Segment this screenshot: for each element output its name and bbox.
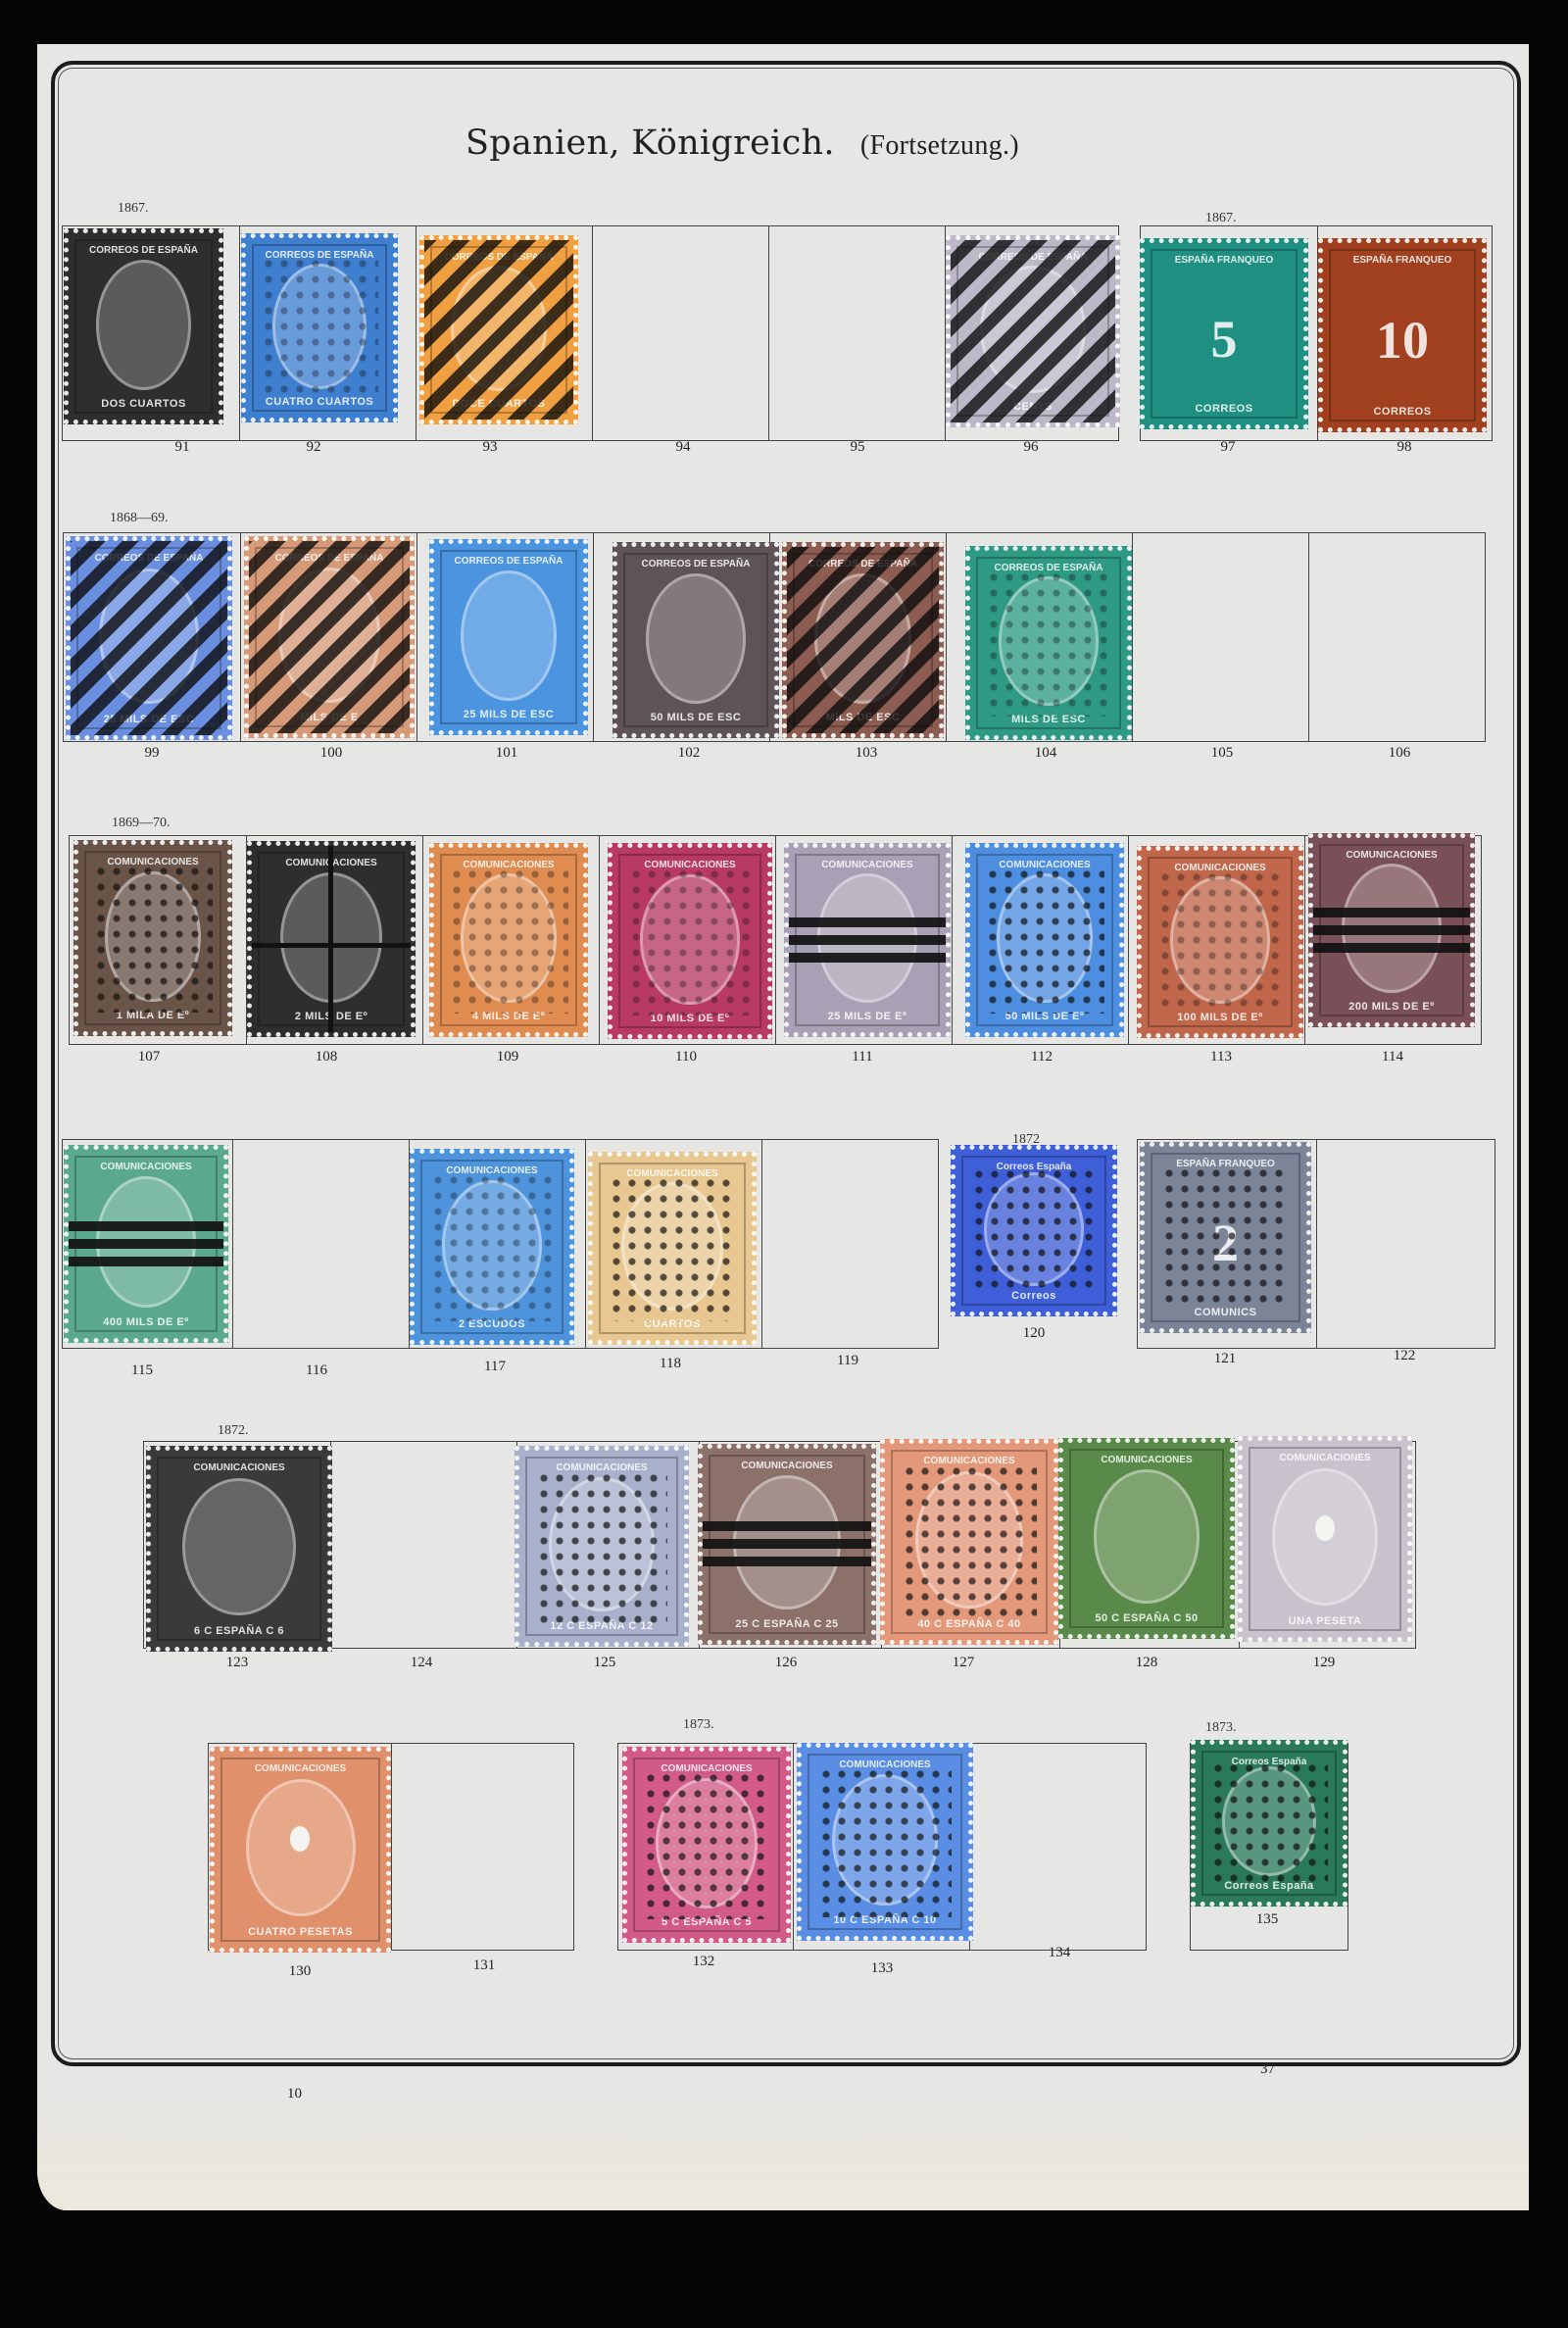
catalog-number: 128 xyxy=(1117,1655,1176,1671)
postage-stamp[interactable]: CORREOS DE ESPAÑADOS CUARTOS xyxy=(64,228,223,424)
dot-cancel-icon xyxy=(902,1463,1037,1620)
catalog-number: 119 xyxy=(818,1353,877,1369)
catalog-number: 132 xyxy=(674,1954,733,1970)
stamp-slot[interactable] xyxy=(232,1140,410,1348)
dot-cancel-icon xyxy=(643,1770,770,1919)
catalog-number: 110 xyxy=(657,1049,715,1065)
catalog-number: 101 xyxy=(477,745,536,762)
catalog-number: 98 xyxy=(1375,439,1434,456)
catalog-number: 104 xyxy=(1016,745,1075,762)
stamp-slot[interactable] xyxy=(969,1744,1147,1950)
postage-stamp[interactable]: CORREOS DE ESPAÑA50 MILS DE ESC xyxy=(612,542,779,738)
catalog-number: 129 xyxy=(1295,1655,1353,1671)
stamp-inscription: CORREOS DE ESPAÑA xyxy=(434,556,583,567)
light-cancel-icon xyxy=(986,570,1111,717)
portrait-oval-icon xyxy=(96,260,192,390)
postage-stamp[interactable]: CORREOS DE ESPAÑADOCE CUARTOS xyxy=(419,235,578,424)
stamp-value-numeral: 10 xyxy=(1323,310,1482,371)
postage-stamp[interactable]: COMUNICACIONES25 MILS DE Eº xyxy=(784,843,951,1037)
postage-stamp[interactable]: COMUNICACIONESCUATRO PESETAS xyxy=(210,1747,391,1953)
catalog-number: 130 xyxy=(270,1963,329,1980)
postage-stamp[interactable]: CORREOS DE ESPAÑACENTS xyxy=(946,235,1120,427)
page-number-right: 37 xyxy=(1260,2061,1275,2078)
punch-hole-icon xyxy=(290,1826,310,1852)
postage-stamp[interactable]: COMUNICACIONES12 C ESPAÑA C 12 xyxy=(514,1446,689,1647)
page-number-left: 10 xyxy=(287,2086,302,2103)
portrait-oval-icon xyxy=(1094,1469,1200,1604)
postage-stamp[interactable]: Correos EspañaCorreos España xyxy=(1191,1740,1347,1907)
postage-stamp[interactable]: CORREOS DE ESPAÑACUATRO CUARTOS xyxy=(241,233,398,422)
postage-stamp[interactable]: CORREOS DE ESPAÑAMILS DE E xyxy=(244,536,415,738)
stamp-slot[interactable] xyxy=(592,226,766,440)
catalog-number: 112 xyxy=(1012,1049,1071,1065)
postage-stamp[interactable]: COMUNICACIONES10 MILS DE Eº xyxy=(608,843,772,1039)
catalog-number: 109 xyxy=(478,1049,537,1065)
catalog-number: 113 xyxy=(1192,1049,1250,1065)
issue-year-label: 1867. xyxy=(118,201,149,217)
catalog-number: 124 xyxy=(392,1655,451,1671)
stamp-inscription: COMUNICACIONES xyxy=(789,860,946,870)
postage-stamp[interactable]: CORREOS DE ESPAÑA25 MILS DE ESC xyxy=(429,539,588,735)
stamp-denomination: 25 MILS DE ESC xyxy=(434,709,583,720)
catalog-number: 114 xyxy=(1363,1049,1422,1065)
light-cancel-icon xyxy=(430,1172,554,1321)
stamp-denomination: 25 C ESPAÑA C 25 xyxy=(703,1618,871,1630)
catalog-number: 91 xyxy=(153,439,212,456)
catalog-number: 122 xyxy=(1375,1348,1434,1364)
stamp-inscription: ESPAÑA FRANQUEO xyxy=(1145,255,1303,266)
catalog-number: 94 xyxy=(654,439,712,456)
catalog-number: 115 xyxy=(113,1362,171,1379)
stamp-slot[interactable] xyxy=(761,1140,939,1348)
catalog-number: 127 xyxy=(934,1655,993,1671)
title-main: Spanien, Königreich. xyxy=(465,124,835,163)
dot-cancel-icon xyxy=(818,1766,952,1917)
catalog-number: 96 xyxy=(1002,439,1060,456)
postage-stamp[interactable]: CORREOS DE ESPAÑAMILS DE ESC xyxy=(782,542,944,738)
punch-hole-icon xyxy=(1315,1515,1335,1541)
catalog-number: 125 xyxy=(575,1655,634,1671)
postage-stamp[interactable]: COMUNICACIONES1 MILA DE Eº xyxy=(73,840,232,1036)
issue-year-label: 1867. xyxy=(1205,211,1237,226)
stamp-inscription: COMUNICACIONES xyxy=(1313,850,1470,861)
bar-cancel-icon xyxy=(785,917,950,966)
dot-cancel-icon xyxy=(1161,1165,1291,1311)
stamp-slot[interactable] xyxy=(330,1442,517,1648)
postage-stamp[interactable]: COMUNICACIONESCUARTOS xyxy=(588,1152,757,1345)
stamp-slot[interactable] xyxy=(391,1744,574,1950)
postage-stamp[interactable]: Correos EspañaCorreos xyxy=(951,1145,1117,1316)
stamp-inscription: CORREOS DE ESPAÑA xyxy=(617,559,774,570)
catalog-number: 135 xyxy=(1238,1911,1297,1928)
catalog-number: 108 xyxy=(297,1049,356,1065)
postage-stamp[interactable]: COMUNICACIONES400 MILS DE Eº xyxy=(64,1145,228,1343)
stamp-denomination: CUATRO PESETAS xyxy=(215,1926,386,1938)
catalog-number: 93 xyxy=(461,439,519,456)
catalog-number: 107 xyxy=(120,1049,178,1065)
catalog-number: 100 xyxy=(302,745,361,762)
bar-cancel-icon xyxy=(1309,908,1474,956)
catalog-number: 118 xyxy=(641,1356,700,1372)
bar-cancel-icon xyxy=(699,1521,875,1571)
stamp-inscription: COMUNICACIONES xyxy=(215,1763,386,1774)
dot-cancel-icon xyxy=(985,867,1104,1014)
stamp-slot[interactable] xyxy=(768,226,943,440)
stamp-inscription: CORREOS DE ESPAÑA xyxy=(69,245,219,256)
catalog-number: 121 xyxy=(1196,1351,1254,1367)
catalog-number: 116 xyxy=(287,1362,346,1379)
stamp-denomination: DOS CUARTOS xyxy=(69,398,219,410)
portrait-oval-icon xyxy=(182,1478,295,1615)
catalog-number: 99 xyxy=(122,745,181,762)
dot-cancel-icon xyxy=(971,1166,1097,1296)
grid-cancel-icon xyxy=(424,240,573,420)
postage-stamp[interactable]: COMUNICACIONES6 C ESPAÑA C 6 xyxy=(146,1446,332,1652)
postage-stamp[interactable]: COMUNICACIONES40 C ESPAÑA C 40 xyxy=(880,1439,1058,1645)
postage-stamp[interactable]: COMUNICACIONES200 MILS DE Eº xyxy=(1308,833,1475,1027)
stamp-inscription: COMUNICACIONES xyxy=(69,1162,223,1172)
postage-stamp[interactable]: COMUNICACIONES4 MILS DE Eº xyxy=(429,843,588,1037)
catalog-number: 111 xyxy=(833,1049,892,1065)
catalog-number: 126 xyxy=(757,1655,815,1671)
stamp-inscription: COMUNICACIONES xyxy=(1243,1453,1407,1463)
light-cancel-icon xyxy=(449,867,568,1014)
postage-stamp[interactable]: COMUNICACIONES100 MILS DE Eº xyxy=(1137,846,1303,1038)
postage-stamp[interactable]: 2ESPAÑA FRANQUEOCOMUNICS xyxy=(1140,1142,1311,1333)
stamp-inscription: COMUNICACIONES xyxy=(1063,1455,1230,1465)
catalog-number: 103 xyxy=(837,745,896,762)
stamp-inscription: COMUNICACIONES xyxy=(151,1462,327,1473)
stamp-value-numeral: 5 xyxy=(1145,309,1303,370)
dot-cancel-icon xyxy=(93,864,213,1013)
stamp-denomination: CORREOS xyxy=(1323,406,1482,418)
portrait-oval-icon xyxy=(461,570,556,701)
title-continuation: (Fortsetzung.) xyxy=(860,130,1019,161)
dot-cancel-icon xyxy=(609,1175,736,1322)
catalog-number: 117 xyxy=(465,1359,524,1375)
catalog-number: 134 xyxy=(1030,1945,1089,1961)
stamp-denomination: 6 C ESPAÑA C 6 xyxy=(151,1625,327,1637)
stamp-inscription: COMUNICACIONES xyxy=(703,1461,871,1471)
catalog-number: 92 xyxy=(284,439,343,456)
page-title: Spanien, Königreich.(Fortsetzung.) xyxy=(465,124,1019,163)
stamp-denomination: 200 MILS DE Eº xyxy=(1313,1001,1470,1013)
stamp-slot[interactable] xyxy=(1316,1140,1495,1348)
issue-year-label: 1868—69. xyxy=(110,511,169,526)
dot-cancel-icon xyxy=(1210,1760,1328,1886)
stamp-inscription: ESPAÑA FRANQUEO xyxy=(1323,255,1482,266)
stamp-denomination: 50 MILS DE ESC xyxy=(617,712,774,723)
grid-cancel-icon xyxy=(249,541,410,733)
postage-stamp[interactable]: 10ESPAÑA FRANQUEOCORREOS xyxy=(1318,238,1487,432)
issue-year-label: 1873. xyxy=(683,1717,714,1733)
light-cancel-icon xyxy=(1157,869,1283,1015)
bar-cancel-icon xyxy=(65,1221,227,1270)
grid-cancel-icon xyxy=(787,547,939,733)
postage-stamp[interactable]: COMUNICACIONES2 MILS DE Eº xyxy=(247,841,416,1037)
catalog-number: 95 xyxy=(828,439,887,456)
catalog-number: 97 xyxy=(1199,439,1257,456)
postage-stamp[interactable]: 5ESPAÑA FRANQUEOCORREOS xyxy=(1140,238,1308,429)
light-cancel-icon xyxy=(261,256,378,399)
portrait-oval-icon xyxy=(646,573,746,704)
catalog-number: 123 xyxy=(208,1655,267,1671)
postage-stamp[interactable]: COMUNICACIONES2 ESCUDOS xyxy=(410,1149,574,1345)
pen-cross-cancel-icon xyxy=(252,846,411,1032)
postage-stamp[interactable]: COMUNICACIONES50 C ESPAÑA C 50 xyxy=(1058,1438,1235,1639)
catalog-number: 102 xyxy=(660,745,718,762)
postage-stamp[interactable]: COMUNICACIONES10 C ESPAÑA C 10 xyxy=(797,1743,973,1941)
postage-stamp[interactable]: COMUNICACIONES50 MILS DE Eº xyxy=(965,843,1124,1037)
grid-cancel-icon xyxy=(71,541,227,735)
light-cancel-icon xyxy=(628,867,752,1015)
postage-stamp[interactable]: COMUNICACIONESUNA PESETA xyxy=(1238,1436,1412,1642)
stamp-denomination: 400 MILS DE Eº xyxy=(69,1316,223,1328)
grid-cancel-icon xyxy=(951,240,1115,422)
issue-year-label: 1873. xyxy=(1205,1720,1237,1736)
issue-year-label: 1872. xyxy=(218,1423,249,1439)
stamp-denomination: 25 MILS DE Eº xyxy=(789,1011,946,1022)
catalog-number: 131 xyxy=(455,1957,514,1974)
postage-stamp[interactable]: CORREOS DE ESPAÑA25 MILS DE ESC xyxy=(66,536,232,740)
postage-stamp[interactable]: COMUNICACIONES5 C ESPAÑA C 5 xyxy=(622,1747,791,1943)
stamp-slot[interactable] xyxy=(1308,533,1486,741)
postage-stamp[interactable]: CORREOS DE ESPAÑAMILS DE ESC xyxy=(965,546,1132,740)
stamp-denomination: 50 C ESPAÑA C 50 xyxy=(1063,1612,1230,1624)
stamp-slot[interactable] xyxy=(1132,533,1309,741)
catalog-number: 105 xyxy=(1193,745,1251,762)
postage-stamp[interactable]: COMUNICACIONES25 C ESPAÑA C 25 xyxy=(698,1444,876,1645)
dot-cancel-icon xyxy=(536,1470,667,1623)
stamp-denomination: UNA PESETA xyxy=(1243,1615,1407,1627)
catalog-number: 133 xyxy=(853,1960,911,1977)
catalog-number: 106 xyxy=(1370,745,1429,762)
stamp-denomination: CORREOS xyxy=(1145,403,1303,415)
issue-year-label: 1869—70. xyxy=(112,816,171,831)
catalog-number: 120 xyxy=(1004,1325,1063,1342)
